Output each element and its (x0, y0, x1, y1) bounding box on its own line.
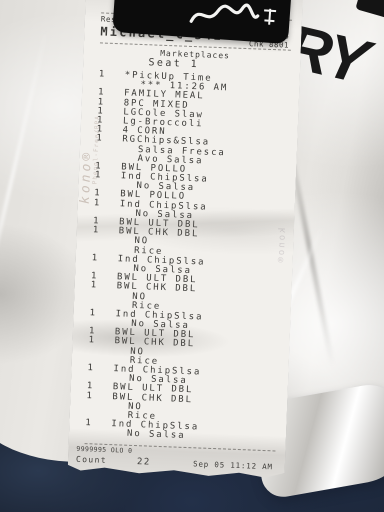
line-qty: 1 (94, 199, 105, 209)
timestamp: Sep 05 11:12 AM (193, 459, 275, 471)
line-qty: 1 (85, 419, 96, 429)
line-text: No Salsa (127, 430, 186, 441)
line-qty (90, 291, 101, 301)
count-value: 22 (137, 457, 151, 468)
receipt-lines: 1 *PickUp Time *** 11:26 AM 1 FAMILY MEA… (85, 70, 290, 445)
line-qty: 1 (86, 392, 97, 402)
line-qty: 1 (88, 337, 99, 347)
line-qty (96, 144, 107, 154)
receipt-content: Restaurant Michael_C_341 Gst 5 Chk 8801 … (68, 0, 303, 472)
line-qty (86, 401, 97, 411)
line-qty: 1 (90, 282, 101, 292)
line-qty: 1 (95, 171, 106, 181)
line-qty (88, 346, 99, 356)
line-qty: 1 (92, 254, 103, 264)
photo-scene: RY kono® Phenol-Free/BPA kono® Restauran… (0, 0, 384, 512)
line-qty: 1 (87, 364, 98, 374)
line-qty (92, 236, 103, 246)
line-qty (85, 428, 96, 438)
count-label: Count (76, 454, 107, 464)
line-qty: 1 (99, 70, 110, 80)
bag-crease (0, 28, 48, 350)
receipt: kono® Phenol-Free/BPA kono® Restaurant M… (68, 0, 303, 480)
line-qty: 1 (89, 309, 100, 319)
line-qty: 1 (96, 135, 107, 145)
line-qty: 1 (93, 226, 104, 236)
script-logo-icon (185, 0, 283, 38)
